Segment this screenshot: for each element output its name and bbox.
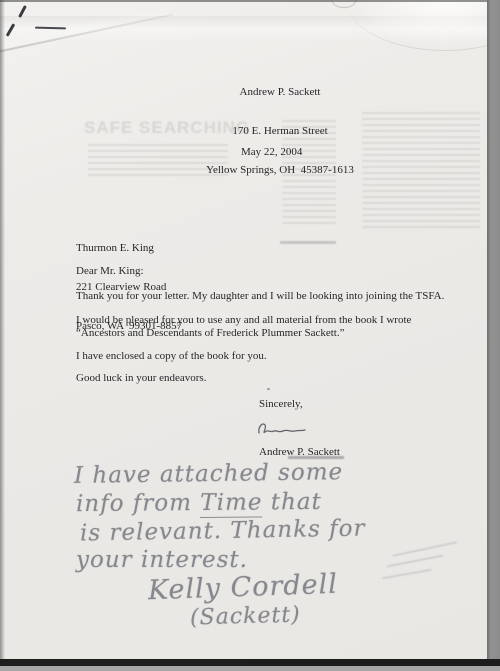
body-paragraph-3: I have enclosed a copy of the book for y… bbox=[76, 350, 267, 363]
scanned-letter-page: SAFE SEARCHING Andrew P. Sackett 170 E. … bbox=[0, 0, 500, 671]
sender-address-block: Andrew P. Sackett 170 E. Herman Street Y… bbox=[130, 60, 430, 203]
scan-edge-right bbox=[487, 0, 500, 671]
note-line2-underlined-time: Time bbox=[200, 489, 262, 518]
note-line2-pre: info from bbox=[76, 490, 201, 517]
body-paragraph-1: Thank you for your letter. My daughter a… bbox=[76, 290, 476, 303]
sender-city-state-zip: Yellow Springs, OH 45387-1613 bbox=[130, 164, 430, 177]
note-line2-post: that bbox=[262, 489, 322, 516]
paper-crease-top-right bbox=[345, 0, 500, 51]
ink-speck bbox=[267, 388, 270, 390]
bleedthrough-handwriting bbox=[386, 554, 443, 567]
bleedthrough-handwriting bbox=[393, 541, 458, 557]
handwritten-note-line-3: is relevant. Thanks for bbox=[80, 516, 366, 547]
recipient-name: Thurmon E. King bbox=[76, 242, 182, 255]
handwritten-signature-kelly-cordell: Kelly Cordell bbox=[148, 569, 339, 607]
handwritten-signature-sackett: (Sackett) bbox=[190, 603, 301, 631]
body-paragraph-2: I would be pleased for you to use any an… bbox=[76, 314, 450, 340]
scan-edge-left bbox=[0, 0, 5, 671]
scan-edge-bottom-gray bbox=[0, 666, 500, 671]
salutation: Dear Mr. King: bbox=[76, 265, 144, 278]
sender-name: Andrew P. Sackett bbox=[130, 86, 430, 99]
handwritten-note-line-4: your interest. bbox=[76, 547, 248, 573]
bleedthrough-text-line bbox=[280, 241, 336, 244]
handwritten-note-line-2: info from Time that bbox=[76, 489, 322, 517]
handwritten-note-line-1: I have attached some bbox=[74, 459, 344, 489]
closing-sincerely: Sincerely, bbox=[259, 398, 303, 411]
body-paragraph-4: Good luck in your endeavors. bbox=[76, 372, 206, 385]
bleedthrough-handwriting bbox=[382, 569, 432, 580]
letter-date: May 22, 2004 bbox=[241, 146, 302, 159]
closing-typed-name: Andrew P. Sackett bbox=[259, 446, 340, 459]
scan-edge-top bbox=[0, 0, 500, 2]
sender-street: 170 E. Herman Street bbox=[130, 125, 430, 138]
andrew-sackett-signature bbox=[256, 420, 308, 438]
